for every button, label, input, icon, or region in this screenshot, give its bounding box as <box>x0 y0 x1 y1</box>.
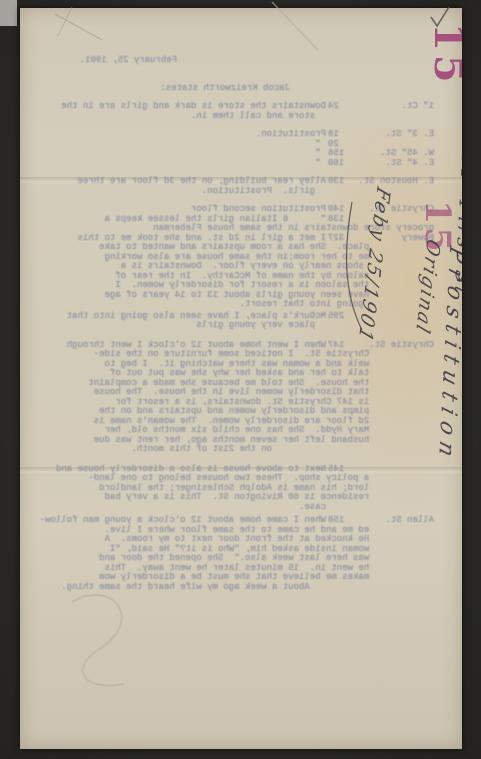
ledger-entry: 295 McGurk's place, I have seen also goi… <box>38 312 442 331</box>
typed-line: on the 21st of this month. <box>38 445 434 455</box>
street-label: Chrystie St. <box>369 341 434 351</box>
typed-line: store and call them in. <box>38 112 434 122</box>
typed-line: About a week ago my wife heard the same … <box>38 583 434 593</box>
house-number: 295 <box>328 312 356 322</box>
house-number: 24 <box>328 102 356 112</box>
report-date: February 25, 1901. <box>38 56 177 66</box>
typed-report-mirrored: February 25, 1901. Jacob Kreizworth stat… <box>38 50 442 592</box>
house-number: 138 <box>328 215 356 225</box>
document-page: February 25, 1901. Jacob Kreizworth stat… <box>20 8 462 749</box>
typed-line: case. <box>38 503 434 513</box>
page-number-stamp: 15 <box>425 23 462 87</box>
ledger-entry: E. 4" St. 160 " <box>38 159 442 169</box>
ledger-entry: Allen St. 158 When I came home about 12 … <box>38 516 442 592</box>
street-label: E. Houston St. <box>358 177 434 187</box>
typed-line: " <box>38 159 434 169</box>
street-label: E. 4" St. <box>385 159 434 169</box>
scanner-bed-notch <box>0 0 17 26</box>
scanned-document-photo: { "colors":{ "background":"#2b2a26", "pa… <box>0 0 481 759</box>
house-number: 158 <box>328 516 356 526</box>
witness-statement-heading: Jacob Kreizworth states: <box>38 84 290 94</box>
ledger-entry: Chrystie St. 147 When I went home about … <box>38 341 442 455</box>
ledger-entry: 1" Ct. 24 Downstairs the store is dark a… <box>38 102 442 121</box>
ledger-entry: 145 Next to above house is also a disord… <box>38 465 442 513</box>
house-number: 145 <box>328 465 356 475</box>
street-label: 1" Ct. <box>402 102 434 112</box>
house-number: 327 <box>328 234 356 244</box>
house-number: 130 <box>328 177 356 187</box>
house-number: 147 <box>328 341 356 351</box>
street-label: Allen St. <box>385 516 434 526</box>
house-number: 160 <box>328 159 356 169</box>
